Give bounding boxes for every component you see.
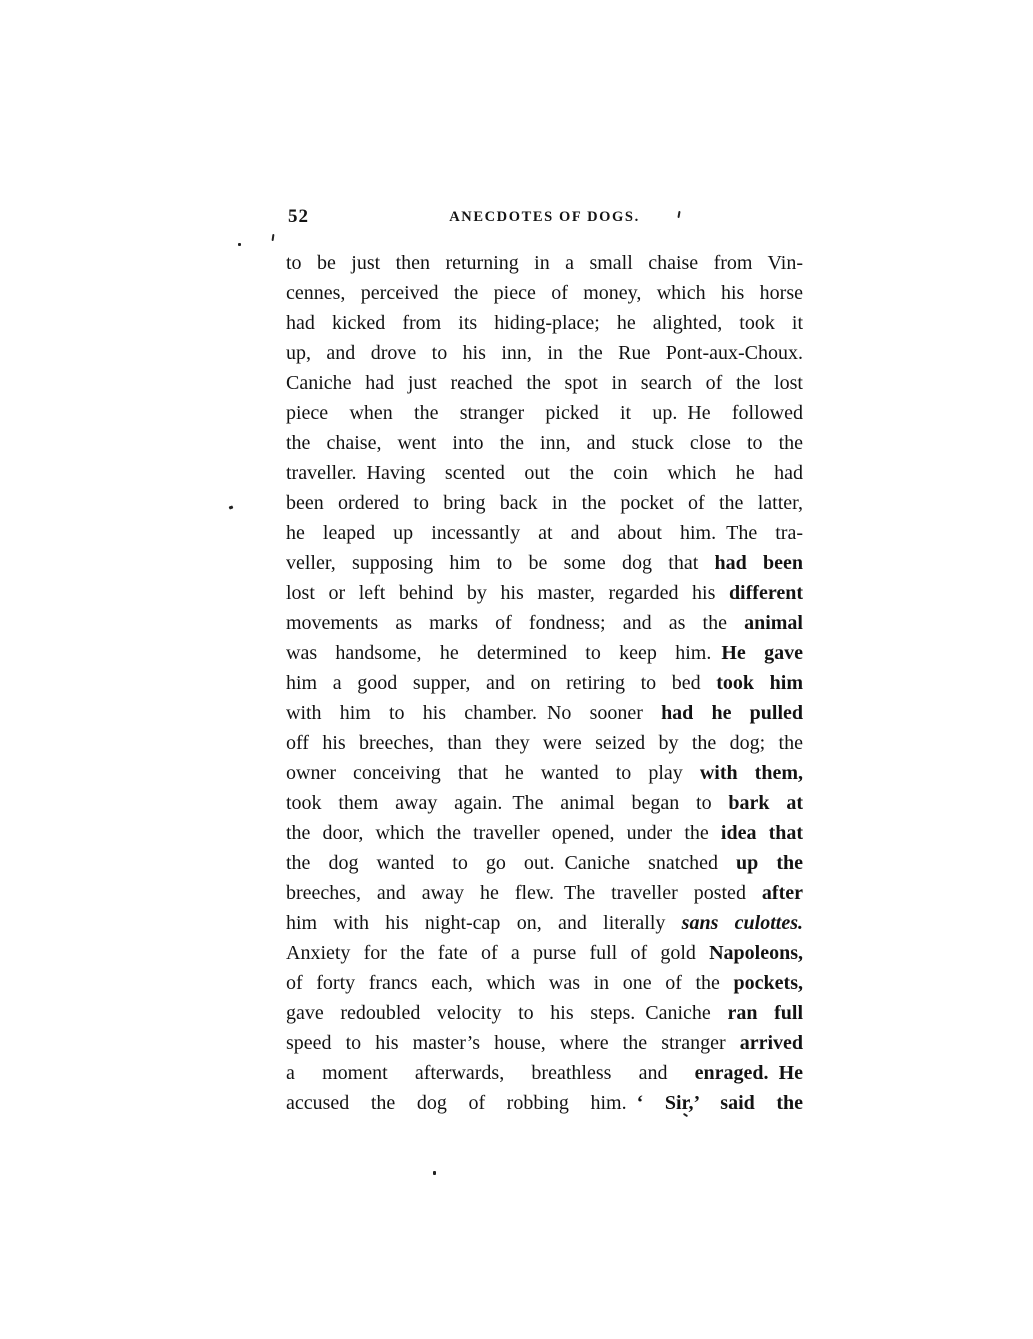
text-line: cennes, perceived the piece of money, wh… (286, 278, 803, 308)
ink-speck (272, 234, 275, 241)
running-header: ANECDOTES OF DOGS. (286, 203, 803, 231)
text-line: the dog wanted to go out. Caniche snatch… (286, 848, 803, 878)
text-block: to be just then returning in a small cha… (286, 248, 803, 1118)
text-line: traveller. Having scented out the coin w… (286, 458, 803, 488)
text-line: accused the dog of robbing him. ‘ Sir,’ … (286, 1088, 803, 1118)
ink-speck (433, 1171, 436, 1175)
text-line: was handsome, he determined to keep him.… (286, 638, 803, 668)
page-header: 52 ANECDOTES OF DOGS. (286, 203, 803, 231)
text-line: been ordered to bring back in the pocket… (286, 488, 803, 518)
text-line: of forty francs each, which was in one o… (286, 968, 803, 998)
text-line: him a good supper, and on retiring to be… (286, 668, 803, 698)
text-line: a moment afterwards, breathless and enra… (286, 1058, 803, 1088)
text-line: lost or left behind by his master, regar… (286, 578, 803, 608)
text-line: piece when the stranger picked it up. He… (286, 398, 803, 428)
text-line: gave redoubled velocity to his steps. Ca… (286, 998, 803, 1028)
ink-speck (229, 505, 234, 509)
text-line: Anxiety for the fate of a purse full of … (286, 938, 803, 968)
text-line: with him to his chamber. No sooner had h… (286, 698, 803, 728)
text-line: had kicked from its hiding-place; he ali… (286, 308, 803, 338)
text-line: breeches, and away he flew. The travelle… (286, 878, 803, 908)
text-line: he leaped up incessantly at and about hi… (286, 518, 803, 548)
text-line: the door, which the traveller opened, un… (286, 818, 803, 848)
text-line: off his breeches, than they were seized … (286, 728, 803, 758)
text-line: him with his night-cap on, and literally… (286, 908, 803, 938)
text-line: speed to his master’s house, where the s… (286, 1028, 803, 1058)
text-line: to be just then returning in a small cha… (286, 248, 803, 278)
scan-page: 52 ANECDOTES OF DOGS. to be just then re… (0, 0, 1033, 1339)
text-line: took them away again. The animal began t… (286, 788, 803, 818)
text-line: veller, supposing him to be some dog tha… (286, 548, 803, 578)
text-line: the chaise, went into the inn, and stuck… (286, 428, 803, 458)
text-line: up, and drove to his inn, in the Rue Pon… (286, 338, 803, 368)
text-line: owner conceiving that he wanted to play … (286, 758, 803, 788)
ink-speck (238, 243, 241, 246)
text-line: Caniche had just reached the spot in sea… (286, 368, 803, 398)
text-line: movements as marks of fondness; and as t… (286, 608, 803, 638)
